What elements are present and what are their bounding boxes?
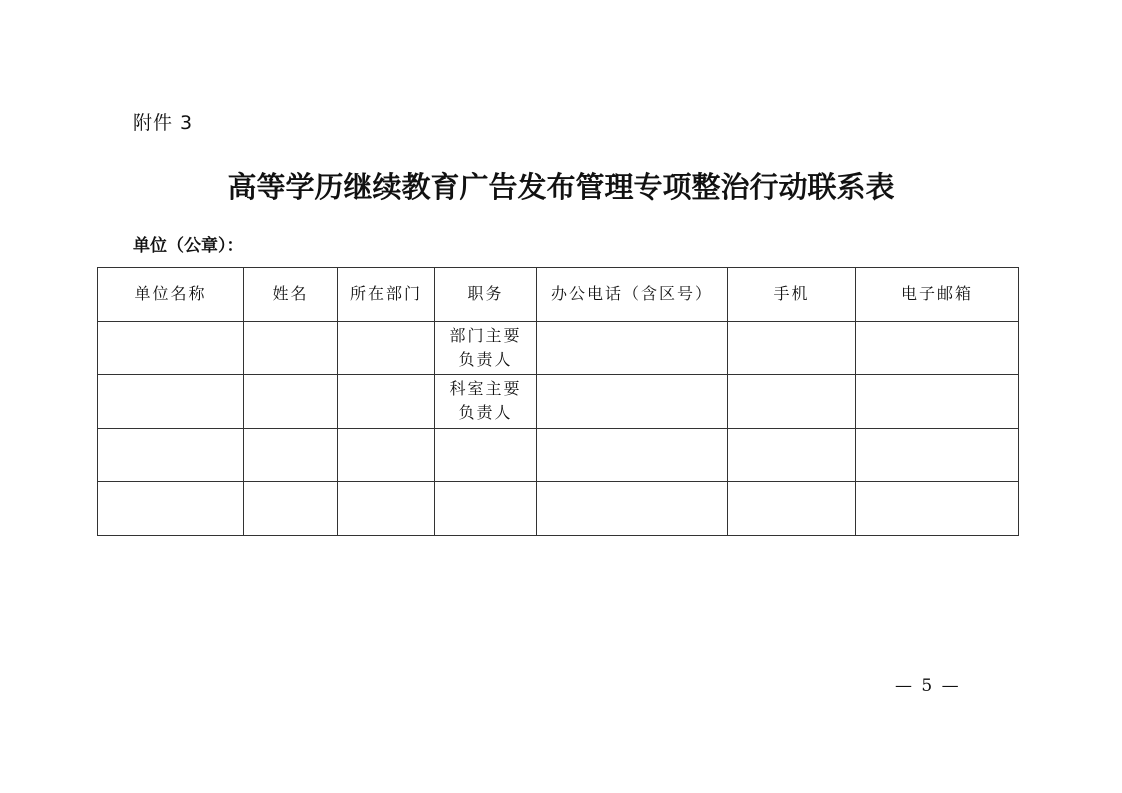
cell-position[interactable]: [435, 428, 537, 482]
document-title: 高等学历继续教育广告发布管理专项整治行动联系表: [0, 165, 1122, 206]
page-number: — 5 —: [895, 676, 961, 696]
cell-unit-name[interactable]: [98, 482, 244, 536]
cell-mobile[interactable]: [728, 428, 856, 482]
cell-office-phone[interactable]: [537, 482, 728, 536]
cell-unit-name[interactable]: [98, 375, 244, 429]
cell-name[interactable]: [244, 375, 338, 429]
unit-seal-label: 单位（公章）：: [133, 231, 244, 256]
cell-name[interactable]: [244, 428, 338, 482]
cell-office-phone[interactable]: [537, 375, 728, 429]
header-email: 电子邮箱: [856, 268, 1019, 322]
cell-department[interactable]: [338, 482, 435, 536]
position-line2: 负责人: [435, 401, 536, 425]
position-line2: 负责人: [435, 348, 536, 372]
cell-email[interactable]: [856, 428, 1019, 482]
cell-department[interactable]: [338, 321, 435, 375]
cell-department[interactable]: [338, 428, 435, 482]
cell-unit-name[interactable]: [98, 428, 244, 482]
cell-office-phone[interactable]: [537, 428, 728, 482]
cell-email[interactable]: [856, 482, 1019, 536]
cell-mobile[interactable]: [728, 482, 856, 536]
table-row: 部门主要 负责人: [98, 321, 1019, 375]
cell-position: 部门主要 负责人: [435, 321, 537, 375]
cell-name[interactable]: [244, 482, 338, 536]
contact-table: 单位名称 姓名 所在部门 职务 办公电话（含区号） 手机 电子邮箱 部门主要 负…: [97, 267, 1019, 536]
position-line1: 部门主要: [435, 324, 536, 348]
cell-email[interactable]: [856, 321, 1019, 375]
cell-email[interactable]: [856, 375, 1019, 429]
header-office-phone: 办公电话（含区号）: [537, 268, 728, 322]
header-name: 姓名: [244, 268, 338, 322]
cell-mobile[interactable]: [728, 375, 856, 429]
cell-name[interactable]: [244, 321, 338, 375]
header-department: 所在部门: [338, 268, 435, 322]
table-row: [98, 428, 1019, 482]
cell-unit-name[interactable]: [98, 321, 244, 375]
cell-position[interactable]: [435, 482, 537, 536]
table-row: [98, 482, 1019, 536]
header-mobile: 手机: [728, 268, 856, 322]
cell-position: 科室主要 负责人: [435, 375, 537, 429]
attachment-label: 附件 3: [133, 108, 193, 135]
header-unit-name: 单位名称: [98, 268, 244, 322]
cell-mobile[interactable]: [728, 321, 856, 375]
cell-office-phone[interactable]: [537, 321, 728, 375]
cell-department[interactable]: [338, 375, 435, 429]
position-line1: 科室主要: [435, 377, 536, 401]
table-header-row: 单位名称 姓名 所在部门 职务 办公电话（含区号） 手机 电子邮箱: [98, 268, 1019, 322]
header-position: 职务: [435, 268, 537, 322]
table-row: 科室主要 负责人: [98, 375, 1019, 429]
